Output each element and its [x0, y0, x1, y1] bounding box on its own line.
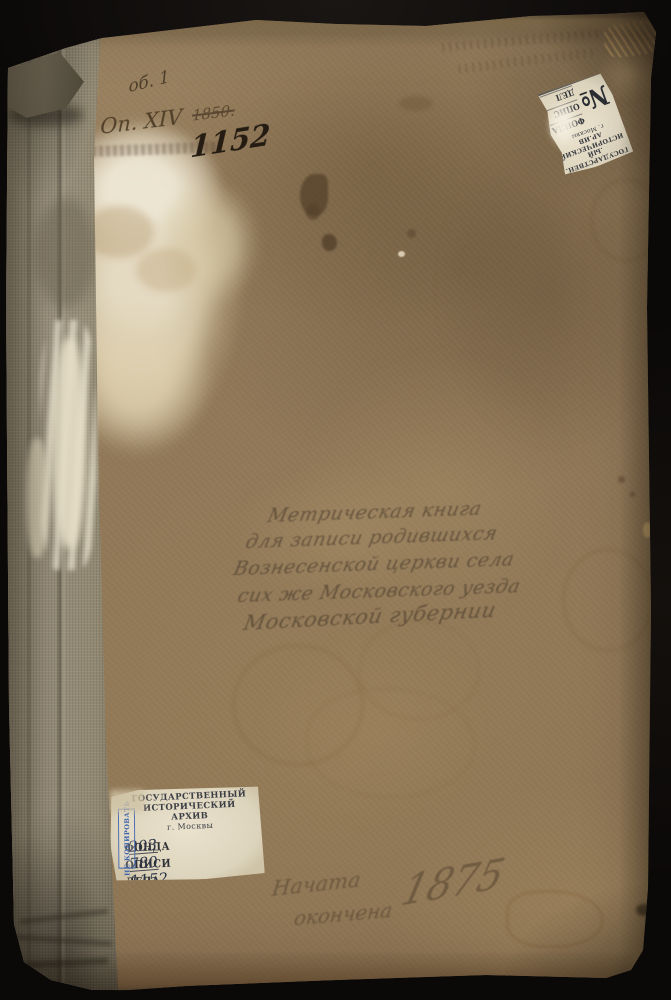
- faint-scribble: [458, 48, 598, 74]
- water-ring: [306, 688, 476, 798]
- white-speck: [398, 251, 405, 257]
- handwritten-case-number: 1152: [190, 117, 272, 164]
- label-rows: ФОНДА 203 ОПИСИ 780 ДЕЛА 1152: [124, 832, 259, 889]
- stain-dark-upper-right: [436, 128, 666, 448]
- patch-mottling: [136, 248, 196, 292]
- no-copy-stamp-text: НЕ КОПИРОВАТЬ: [122, 801, 131, 876]
- bottom-handwriting-line: Начата: [271, 867, 362, 901]
- dark-spot: [322, 234, 337, 251]
- handwritten-number-struck: 1850.: [192, 101, 235, 124]
- water-ring: [562, 548, 654, 652]
- spine-dirt-smudge: [36, 198, 96, 308]
- bottom-handwriting-years: 1875: [397, 850, 509, 917]
- dark-spot: [618, 476, 625, 483]
- dark-spot: [630, 492, 635, 497]
- paint-drip: [52, 338, 86, 548]
- torn-paper-fluff: [547, 100, 579, 148]
- ink-blot: [306, 204, 320, 220]
- smudge: [399, 96, 433, 111]
- water-ring: [506, 890, 604, 948]
- paint-drip: [26, 438, 48, 558]
- dark-spot: [407, 229, 416, 238]
- worn-bottom-edge: [116, 956, 616, 988]
- edge-nick: [643, 522, 652, 538]
- number-sign: №: [577, 80, 612, 114]
- delo-value-handwritten: 1152: [129, 871, 168, 889]
- water-ring: [590, 178, 662, 262]
- edge-notch: [636, 904, 652, 916]
- book-cover: об. 1 Оп. XIV 1850. 1152 Метрическая кни…: [6, 8, 658, 990]
- bottom-handwriting-line: окончена: [293, 898, 394, 931]
- no-copy-stamp: НЕ КОПИРОВАТЬ: [118, 809, 136, 869]
- handwritten-note-1: об. 1: [128, 67, 170, 97]
- label-worn-corner: [110, 790, 144, 812]
- photo-backdrop: об. 1 Оп. XIV 1850. 1152 Метрическая кни…: [0, 0, 671, 1000]
